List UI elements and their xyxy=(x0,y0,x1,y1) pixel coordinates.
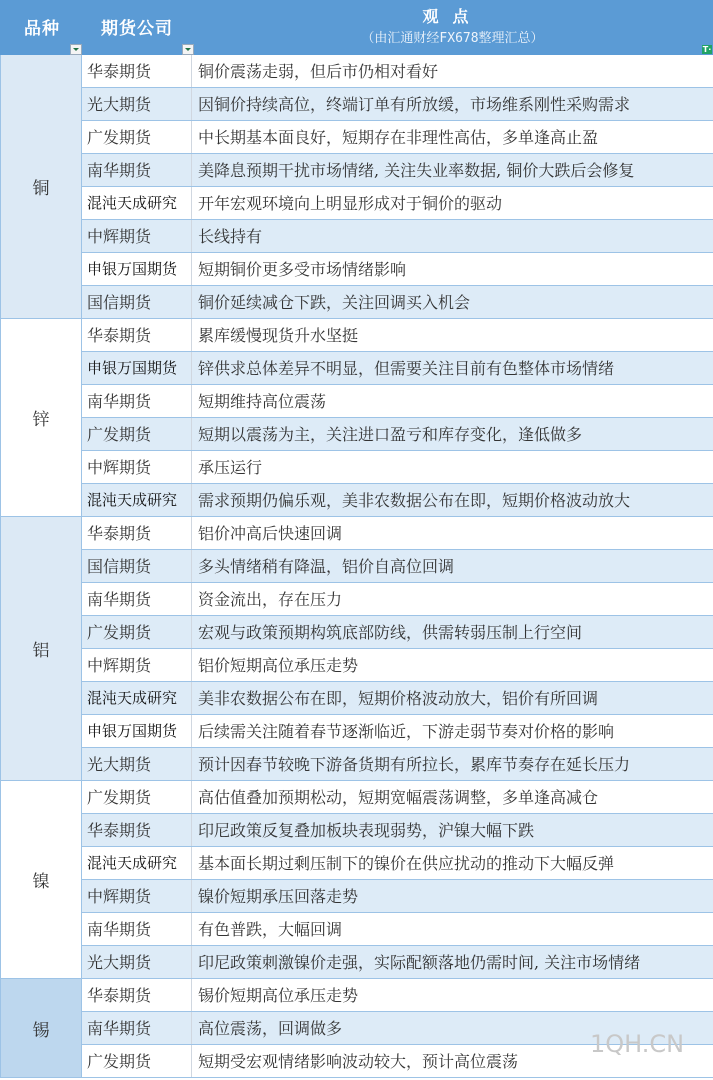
view-cell: 中长期基本面良好，短期存在非理性高估，多单逢高止盈 xyxy=(193,121,598,153)
header-view-label: 观点 xyxy=(192,4,713,27)
table-row[interactable]: 光大期货预计因春节较晚下游备货期有所拉长，累库节奏存在延长压力 xyxy=(81,748,713,781)
view-cell: 高估值叠加预期松动，短期宽幅震荡调整，多单逢高减仓 xyxy=(193,781,598,813)
view-cell: 宏观与政策预期构筑底部防线，供需转弱压制上行空间 xyxy=(193,616,582,648)
company-cell: 广发期货 xyxy=(82,781,192,813)
table-header: 品种 期货公司 观点 （由汇通财经FX678整理汇总） T· xyxy=(0,0,713,55)
table-row[interactable]: 申银万国期货锌供求总体差异不明显，但需要关注目前有色整体市场情绪 xyxy=(81,352,713,385)
table-row[interactable]: 华泰期货累库缓慢现货升水坚挺 xyxy=(81,319,713,352)
view-cell: 镍价短期承压回落走势 xyxy=(193,880,358,912)
view-cell: 长线持有 xyxy=(193,220,262,252)
table-row[interactable]: 中辉期货铝价短期高位承压走势 xyxy=(81,649,713,682)
category-group: 铝华泰期货铝价冲高后快速回调国信期货多头情绪稍有降温，铝价自高位回调南华期货资金… xyxy=(0,517,713,781)
view-cell: 短期维持高位震荡 xyxy=(193,385,326,417)
category-cell: 铝 xyxy=(0,517,81,781)
category-cell: 锡 xyxy=(0,979,81,1078)
company-cell: 中辉期货 xyxy=(82,880,192,912)
company-cell: 混沌天成研究 xyxy=(82,847,192,879)
table-row[interactable]: 混沌天成研究需求预期仍偏乐观，美非农数据公布在即，短期价格波动放大 xyxy=(81,484,713,517)
view-cell: 美降息预期干扰市场情绪, 关注失业率数据, 铜价大跌后会修复 xyxy=(193,154,634,186)
table-row[interactable]: 混沌天成研究开年宏观环境向上明显形成对于铜价的驱动 xyxy=(81,187,713,220)
category-cell: 锌 xyxy=(0,319,81,517)
view-cell: 锌供求总体差异不明显，但需要关注目前有色整体市场情绪 xyxy=(193,352,614,384)
header-category: 品种 xyxy=(0,0,81,55)
company-cell: 华泰期货 xyxy=(82,979,192,1011)
view-cell: 短期受宏观情绪影响波动较大，预计高位震荡 xyxy=(193,1045,518,1077)
company-cell: 光大期货 xyxy=(82,946,192,978)
company-cell: 南华期货 xyxy=(82,1012,192,1044)
filter-active-icon[interactable]: T· xyxy=(702,45,712,54)
table-row[interactable]: 南华期货有色普跌，大幅回调 xyxy=(81,913,713,946)
company-cell: 中辉期货 xyxy=(82,220,192,252)
table-row[interactable]: 广发期货短期以震荡为主，关注进口盈亏和库存变化，逢低做多 xyxy=(81,418,713,451)
view-cell: 短期铜价更多受市场情绪影响 xyxy=(193,253,406,285)
company-cell: 广发期货 xyxy=(82,616,192,648)
table-row[interactable]: 国信期货铜价延续减仓下跌，关注回调买入机会 xyxy=(81,286,713,319)
company-cell: 中辉期货 xyxy=(82,451,192,483)
table-row[interactable]: 南华期货资金流出，存在压力 xyxy=(81,583,713,616)
table-row[interactable]: 广发期货中长期基本面良好，短期存在非理性高估，多单逢高止盈 xyxy=(81,121,713,154)
table-row[interactable]: 南华期货短期维持高位震荡 xyxy=(81,385,713,418)
view-cell: 因铜价持续高位，终端订单有所放缓，市场维系刚性采购需求 xyxy=(193,88,630,120)
category-cell: 铜 xyxy=(0,55,81,319)
table-row[interactable]: 国信期货多头情绪稍有降温，铝价自高位回调 xyxy=(81,550,713,583)
company-cell: 华泰期货 xyxy=(82,517,192,549)
view-cell: 美非农数据公布在即，短期价格波动放大，铝价有所回调 xyxy=(193,682,598,714)
view-cell: 铝价冲高后快速回调 xyxy=(193,517,342,549)
table-row[interactable]: 混沌天成研究美非农数据公布在即，短期价格波动放大，铝价有所回调 xyxy=(81,682,713,715)
view-cell: 高位震荡，回调做多 xyxy=(193,1012,342,1044)
view-cell: 铜价震荡走弱，但后市仍相对看好 xyxy=(193,55,438,87)
company-cell: 国信期货 xyxy=(82,286,192,318)
header-category-label: 品种 xyxy=(24,14,60,39)
table-row[interactable]: 光大期货因铜价持续高位，终端订单有所放缓，市场维系刚性采购需求 xyxy=(81,88,713,121)
company-cell: 南华期货 xyxy=(82,913,192,945)
table-row[interactable]: 申银万国期货短期铜价更多受市场情绪影响 xyxy=(81,253,713,286)
view-cell: 铜价延续减仓下跌，关注回调买入机会 xyxy=(193,286,470,318)
company-cell: 混沌天成研究 xyxy=(82,682,192,714)
category-group: 锡华泰期货锡价短期高位承压走势南华期货高位震荡，回调做多广发期货短期受宏观情绪影… xyxy=(0,979,713,1078)
category-cell: 镍 xyxy=(0,781,81,979)
header-company: 期货公司 xyxy=(81,0,192,55)
view-cell: 基本面长期过剩压制下的镍价在供应扰动的推动下大幅反弹 xyxy=(193,847,614,879)
table-row[interactable]: 广发期货宏观与政策预期构筑底部防线，供需转弱压制上行空间 xyxy=(81,616,713,649)
table-row[interactable]: 申银万国期货后续需关注随着春节逐渐临近，下游走弱节奏对价格的影响 xyxy=(81,715,713,748)
header-company-label: 期货公司 xyxy=(101,14,173,39)
table-row[interactable]: 中辉期货镍价短期承压回落走势 xyxy=(81,880,713,913)
company-cell: 光大期货 xyxy=(82,88,192,120)
table-row[interactable]: 广发期货高估值叠加预期松动，短期宽幅震荡调整，多单逢高减仓 xyxy=(81,781,713,814)
table-row[interactable]: 中辉期货承压运行 xyxy=(81,451,713,484)
view-cell: 印尼政策反复叠加板块表现弱势，沪镍大幅下跌 xyxy=(193,814,534,846)
category-group: 镍广发期货高估值叠加预期松动，短期宽幅震荡调整，多单逢高减仓华泰期货印尼政策反复… xyxy=(0,781,713,979)
company-cell: 广发期货 xyxy=(82,418,192,450)
view-cell: 锡价短期高位承压走势 xyxy=(193,979,358,1011)
company-cell: 南华期货 xyxy=(82,154,192,186)
table-row[interactable]: 华泰期货铜价震荡走弱，但后市仍相对看好 xyxy=(81,55,713,88)
company-cell: 光大期货 xyxy=(82,748,192,780)
watermark: 1QH.CN xyxy=(590,1030,684,1058)
table-row[interactable]: 华泰期货印尼政策反复叠加板块表现弱势，沪镍大幅下跌 xyxy=(81,814,713,847)
company-cell: 南华期货 xyxy=(82,583,192,615)
company-cell: 南华期货 xyxy=(82,385,192,417)
company-cell: 混沌天成研究 xyxy=(82,187,192,219)
view-cell: 资金流出，存在压力 xyxy=(193,583,342,615)
view-cell: 后续需关注随着春节逐渐临近，下游走弱节奏对价格的影响 xyxy=(193,715,614,747)
view-cell: 短期以震荡为主，关注进口盈亏和库存变化，逢低做多 xyxy=(193,418,582,450)
view-cell: 印尼政策刺激镍价走强，实际配额落地仍需时间, 关注市场情绪 xyxy=(193,946,640,978)
category-group: 铜华泰期货铜价震荡走弱，但后市仍相对看好光大期货因铜价持续高位，终端订单有所放缓… xyxy=(0,55,713,319)
view-cell: 多头情绪稍有降温，铝价自高位回调 xyxy=(193,550,454,582)
table-row[interactable]: 中辉期货长线持有 xyxy=(81,220,713,253)
table-row[interactable]: 混沌天成研究基本面长期过剩压制下的镍价在供应扰动的推动下大幅反弹 xyxy=(81,847,713,880)
company-cell: 申银万国期货 xyxy=(82,715,192,747)
table-row[interactable]: 华泰期货铝价冲高后快速回调 xyxy=(81,517,713,550)
company-cell: 中辉期货 xyxy=(82,649,192,681)
company-cell: 广发期货 xyxy=(82,121,192,153)
company-cell: 申银万国期货 xyxy=(82,352,192,384)
company-cell: 混沌天成研究 xyxy=(82,484,192,516)
company-cell: 华泰期货 xyxy=(82,55,192,87)
company-cell: 申银万国期货 xyxy=(82,253,192,285)
company-cell: 广发期货 xyxy=(82,1045,192,1077)
company-cell: 国信期货 xyxy=(82,550,192,582)
table-row[interactable]: 华泰期货锡价短期高位承压走势 xyxy=(81,979,713,1012)
view-cell: 承压运行 xyxy=(193,451,262,483)
view-cell: 预计因春节较晚下游备货期有所拉长，累库节奏存在延长压力 xyxy=(193,748,630,780)
company-cell: 华泰期货 xyxy=(82,319,192,351)
view-cell: 需求预期仍偏乐观，美非农数据公布在即，短期价格波动放大 xyxy=(193,484,630,516)
table-row[interactable]: 光大期货印尼政策刺激镍价走强，实际配额落地仍需时间, 关注市场情绪 xyxy=(81,946,713,979)
company-cell: 华泰期货 xyxy=(82,814,192,846)
category-group: 锌华泰期货累库缓慢现货升水坚挺申银万国期货锌供求总体差异不明显，但需要关注目前有… xyxy=(0,319,713,517)
table-row[interactable]: 南华期货美降息预期干扰市场情绪, 关注失业率数据, 铜价大跌后会修复 xyxy=(81,154,713,187)
view-cell: 开年宏观环境向上明显形成对于铜价的驱动 xyxy=(193,187,502,219)
view-cell: 铝价短期高位承压走势 xyxy=(193,649,358,681)
header-view: 观点 （由汇通财经FX678整理汇总） xyxy=(192,0,713,55)
view-cell: 累库缓慢现货升水坚挺 xyxy=(193,319,358,351)
view-cell: 有色普跌，大幅回调 xyxy=(193,913,342,945)
header-view-sublabel: （由汇通财经FX678整理汇总） xyxy=(192,27,713,46)
